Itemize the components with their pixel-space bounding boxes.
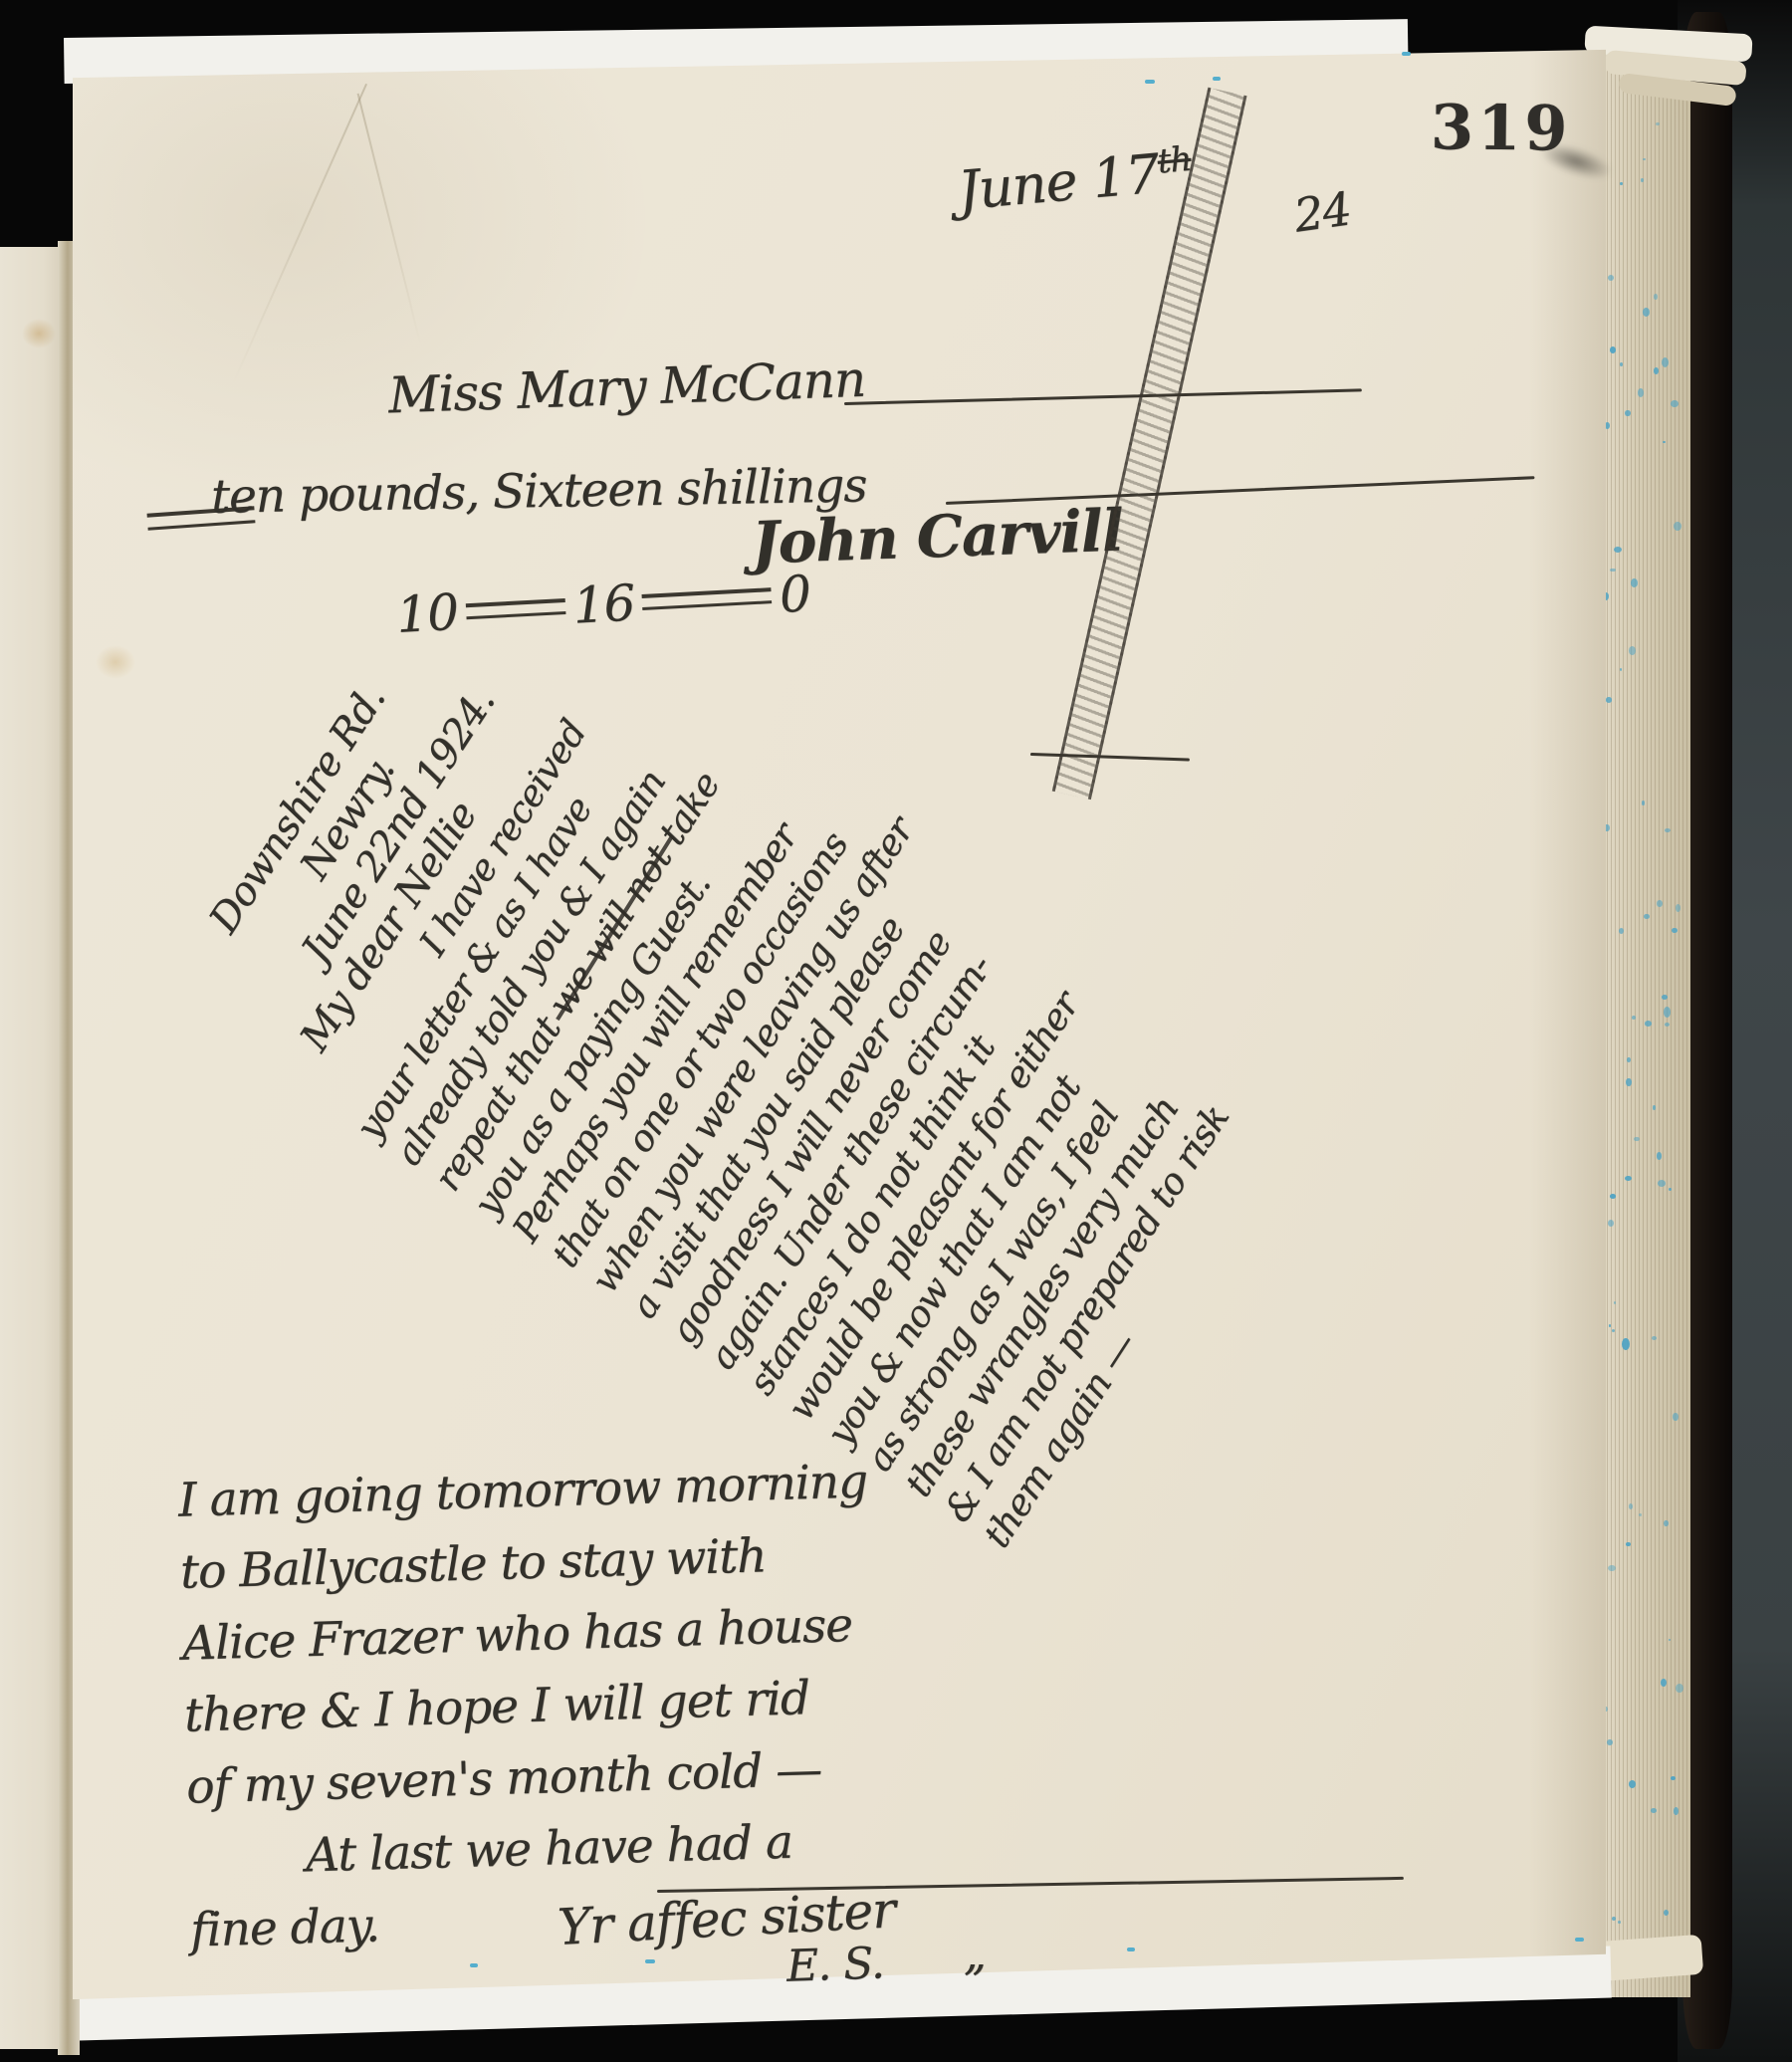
page-fore-edge: [1599, 48, 1690, 1997]
marbling-speck: [1610, 1194, 1616, 1199]
marbling-speck: [1610, 569, 1615, 573]
marbling-speck: [1619, 928, 1624, 934]
marbling-speck: [1612, 1329, 1615, 1332]
marbling-speck: [1634, 1137, 1640, 1142]
blue-edge-speck: [1402, 52, 1411, 56]
marbling-speck: [1654, 367, 1660, 374]
marbling-speck: [1656, 122, 1661, 126]
marbling-speck: [1674, 522, 1681, 531]
manuscript-photo: 319 June 17th 24 Miss Mary McCann ten po…: [0, 0, 1792, 2062]
marbling-speck: [1614, 547, 1622, 553]
marbling-speck: [1661, 1679, 1667, 1688]
marbling-speck: [1664, 1007, 1672, 1018]
blue-edge-speck: [645, 1959, 655, 1963]
marbling-speck: [1662, 995, 1669, 1000]
marbling-speck: [1626, 1542, 1630, 1546]
marbling-speck: [1662, 357, 1669, 367]
marbling-speck: [1669, 1639, 1671, 1641]
marbling-speck: [1629, 1503, 1633, 1509]
marbling-speck: [1665, 828, 1671, 833]
marbling-speck: [1608, 275, 1615, 281]
marbling-speck: [1642, 801, 1645, 805]
marbling-speck: [1672, 928, 1678, 933]
header-date-suffix: th: [1156, 139, 1193, 182]
marbling-speck: [1664, 1520, 1669, 1527]
marbling-speck: [1663, 441, 1666, 443]
marbling-speck: [1657, 1152, 1663, 1160]
marbling-speck: [1674, 1807, 1680, 1815]
marbling-speck: [1610, 346, 1617, 353]
marbling-speck: [1664, 1910, 1669, 1916]
marbling-speck: [1627, 1057, 1631, 1063]
marbling-speck: [1620, 668, 1623, 671]
marbling-speck: [1653, 1105, 1657, 1110]
marbling-speck: [1643, 158, 1646, 161]
marbling-speck: [1625, 1176, 1632, 1181]
marbling-speck: [1612, 1917, 1617, 1921]
marbling-speck: [1665, 1023, 1670, 1027]
blue-edge-speck: [1213, 77, 1221, 81]
marbling-speck: [1629, 646, 1636, 655]
marbling-speck: [1657, 900, 1663, 907]
marbling-speck: [1618, 1921, 1621, 1923]
marbling-speck: [1651, 1808, 1657, 1813]
blue-edge-speck: [1127, 1947, 1135, 1951]
ditto-mark: „: [964, 1930, 986, 1980]
marbling-speck: [1676, 904, 1680, 912]
marbling-speck: [1614, 1301, 1616, 1304]
marbling-speck: [1676, 1684, 1683, 1693]
marbling-speck: [1606, 697, 1613, 702]
marbling-speck: [1671, 400, 1678, 407]
marbling-speck: [1608, 1220, 1614, 1227]
marbling-speck: [1622, 1338, 1630, 1350]
marbling-speck: [1608, 1565, 1615, 1571]
marbling-speck: [1607, 1739, 1613, 1745]
marbling-speck: [1609, 1324, 1611, 1327]
closing-initials: E. S.: [785, 1938, 884, 1991]
marbling-speck: [1632, 1016, 1637, 1020]
marbling-speck: [1641, 178, 1644, 182]
blue-edge-speck: [1575, 1938, 1584, 1942]
marbling-speck: [1639, 1513, 1642, 1516]
marbling-speck: [1671, 1776, 1676, 1780]
marbling-speck: [1620, 182, 1623, 185]
marbling-speck: [1629, 1780, 1636, 1788]
marbling-speck: [1643, 308, 1650, 317]
marbling-speck: [1658, 1180, 1666, 1187]
marbling-speck: [1644, 914, 1650, 919]
marbling-speck: [1645, 1021, 1652, 1027]
marbling-speck: [1620, 362, 1623, 366]
foxing-stain: [96, 645, 135, 679]
marbling-speck: [1673, 1413, 1679, 1421]
marbling-speck: [1638, 388, 1644, 396]
blue-edge-speck: [1145, 80, 1155, 84]
marbling-speck: [1631, 578, 1638, 586]
marbling-speck: [1626, 1078, 1632, 1086]
blue-edge-speck: [470, 1963, 478, 1967]
marbling-speck: [1669, 1188, 1673, 1192]
foxing-stain: [22, 319, 56, 348]
marbling-speck: [1654, 294, 1658, 299]
opposite-page-sliver: [0, 247, 62, 2049]
marbling-speck: [1652, 1336, 1656, 1340]
header-year: 24: [1291, 181, 1355, 242]
marbling-speck: [1625, 410, 1630, 416]
